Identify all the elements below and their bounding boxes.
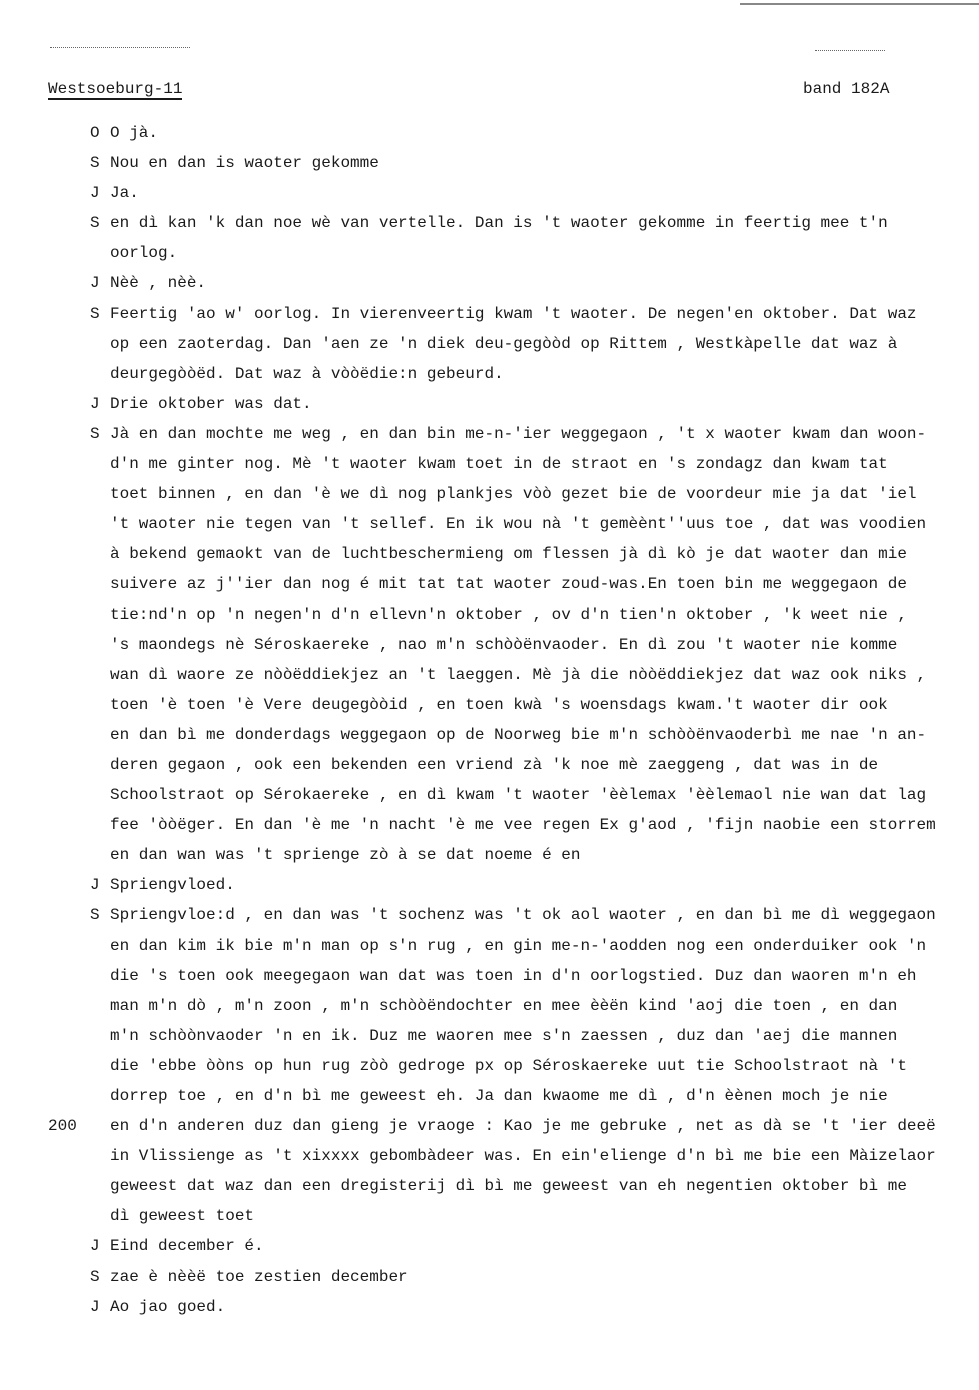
- line-text: in Vlissienge as 't xixxxx gebombàdeer w…: [110, 1147, 936, 1165]
- transcript-continuation-line: Schoolstraot op Sérokaereke , en dì kwam…: [90, 780, 979, 810]
- transcript-continuation-line: tie:nd'n op 'n negen'n d'n ellevn'n okto…: [90, 600, 979, 630]
- line-text: Nèè , nèè.: [110, 274, 206, 292]
- scan-artifact-line: [740, 3, 979, 5]
- transcript-line: SFeertig 'ao w' oorlog. In vierenveertig…: [90, 299, 979, 329]
- transcript-continuation-line: in Vlissienge as 't xixxxx gebombàdeer w…: [90, 1141, 979, 1171]
- transcript-line: SSpriengvloe:d , en dan was 't sochenz w…: [90, 900, 979, 930]
- transcript-continuation-line: deurgegòòëd. Dat waz à vòòëdie:n gebeurd…: [90, 359, 979, 389]
- line-text: Schoolstraot op Sérokaereke , en dì kwam…: [110, 786, 926, 804]
- line-text: Spriengvloed.: [110, 876, 235, 894]
- line-text: toen 'è toen 'è Vere deugegòòid , en toe…: [110, 696, 888, 714]
- line-text: zae è nèèë toe zestien december: [110, 1268, 408, 1286]
- line-text: Spriengvloe:d , en dan was 't sochenz wa…: [110, 906, 936, 924]
- speaker-label: J: [90, 389, 110, 419]
- line-text: m'n schòònvaoder 'n en ik. Duz me waoren…: [110, 1027, 897, 1045]
- line-text: deurgegòòëd. Dat waz à vòòëdie:n gebeurd…: [110, 365, 504, 383]
- speaker-label: S: [90, 208, 110, 238]
- transcript-continuation-line: toen 'è toen 'è Vere deugegòòid , en toe…: [90, 690, 979, 720]
- transcript-line: SJà en dan mochte me weg , en dan bin me…: [90, 419, 979, 449]
- line-text: d'n me ginter nog. Mè 't waoter kwam toe…: [110, 455, 888, 473]
- line-text: 't waoter nie tegen van 't sellef. En ik…: [110, 515, 926, 533]
- transcript-continuation-line: en dan kim ik bie m'n man op s'n rug , e…: [90, 931, 979, 961]
- transcript-continuation-line: fee 'òòëger. En dan 'è me 'n nacht 'è me…: [90, 810, 979, 840]
- transcript-continuation-line: 's maondegs nè Séroskaereke , nao m'n sc…: [90, 630, 979, 660]
- line-text: geweest dat waz dan een dregisterij dì b…: [110, 1177, 907, 1195]
- transcript-continuation-line: 't waoter nie tegen van 't sellef. En ik…: [90, 509, 979, 539]
- scan-artifact-left: [50, 47, 190, 50]
- line-text: fee 'òòëger. En dan 'è me 'n nacht 'è me…: [110, 816, 936, 834]
- transcript-continuation-line: man m'n dò , m'n zoon , m'n schòòëndocht…: [90, 991, 979, 1021]
- speaker-label: S: [90, 419, 110, 449]
- line-text: op een zaoterdag. Dan 'aen ze 'n diek de…: [110, 335, 897, 353]
- document-title: Westsoeburg-11: [48, 80, 182, 100]
- line-text: oorlog.: [110, 244, 177, 262]
- line-text: Jà en dan mochte me weg , en dan bin me-…: [110, 425, 926, 443]
- transcript-continuation-line: en dan wan was 't sprienge zò à se dat n…: [90, 840, 979, 870]
- transcript-continuation-line: d'n me ginter nog. Mè 't waoter kwam toe…: [90, 449, 979, 479]
- speaker-label: S: [90, 1262, 110, 1292]
- line-text: die 's toen ook meegegaon wan dat was to…: [110, 967, 917, 985]
- transcript-line: JAo jao goed.: [90, 1292, 979, 1322]
- transcript-page: Westsoeburg-11 band 182A OO jà.SNou en d…: [0, 0, 979, 1390]
- transcript-continuation-line: geweest dat waz dan een dregisterij dì b…: [90, 1171, 979, 1201]
- line-text: Drie oktober was dat.: [110, 395, 312, 413]
- transcript-continuation-line: deren gegaon , ook een bekenden een vrie…: [90, 750, 979, 780]
- line-text: Feertig 'ao w' oorlog. In vierenveertig …: [110, 305, 917, 323]
- transcript-continuation-line: dorrep toe , en d'n bì me geweest eh. Ja…: [90, 1081, 979, 1111]
- speaker-label: S: [90, 148, 110, 178]
- transcript-continuation-line: op een zaoterdag. Dan 'aen ze 'n diek de…: [90, 329, 979, 359]
- line-text: wan dì waore ze nòòëddiekjez an 't laegg…: [110, 666, 926, 684]
- line-text: dì geweest toet: [110, 1207, 254, 1225]
- line-text: en dì kan 'k dan noe wè van vertelle. Da…: [110, 214, 888, 232]
- transcript-continuation-line: toet binnen , en dan 'è we dì nog plankj…: [90, 479, 979, 509]
- line-text: en dan bì me donderdags weggegaon op de …: [110, 726, 926, 744]
- transcript-continuation-line: en dan bì me donderdags weggegaon op de …: [90, 720, 979, 750]
- line-text: tie:nd'n op 'n negen'n d'n ellevn'n okto…: [110, 606, 907, 624]
- line-text: die 'ebbe òòns op hun rug zòò gedroge px…: [110, 1057, 907, 1075]
- transcript-line: JDrie oktober was dat.: [90, 389, 979, 419]
- line-text: en d'n anderen duz dan gieng je vraoge :…: [110, 1117, 936, 1135]
- transcript-body: OO jà.SNou en dan is waoter gekommeJJa.S…: [90, 118, 979, 1322]
- speaker-label: J: [90, 1292, 110, 1322]
- transcript-continuation-line: die 'ebbe òòns op hun rug zòò gedroge px…: [90, 1051, 979, 1081]
- transcript-continuation-line: à bekend gemaokt van de luchtbeschermien…: [90, 539, 979, 569]
- line-text: suivere az j''ier dan nog é mit tat tat …: [110, 575, 907, 593]
- transcript-continuation-line: dì geweest toet: [90, 1201, 979, 1231]
- line-text: Ao jao goed.: [110, 1298, 225, 1316]
- transcript-line: Szae è nèèë toe zestien december: [90, 1262, 979, 1292]
- line-text: Ja.: [110, 184, 139, 202]
- transcript-line: JSpriengvloed.: [90, 870, 979, 900]
- transcript-continuation-line: suivere az j''ier dan nog é mit tat tat …: [90, 569, 979, 599]
- transcript-line: JJa.: [90, 178, 979, 208]
- speaker-label: J: [90, 178, 110, 208]
- speaker-label: J: [90, 268, 110, 298]
- line-text: Nou en dan is waoter gekomme: [110, 154, 379, 172]
- line-text: O jà.: [110, 124, 158, 142]
- transcript-continuation-line: die 's toen ook meegegaon wan dat was to…: [90, 961, 979, 991]
- line-text: deren gegaon , ook een bekenden een vrie…: [110, 756, 878, 774]
- line-text: toet binnen , en dan 'è we dì nog plankj…: [110, 485, 917, 503]
- line-text: Eind december é.: [110, 1237, 264, 1255]
- line-text: 's maondegs nè Séroskaereke , nao m'n sc…: [110, 636, 897, 654]
- transcript-continuation-line: m'n schòònvaoder 'n en ik. Duz me waoren…: [90, 1021, 979, 1051]
- margin-line-number: 200: [48, 1111, 77, 1141]
- transcript-continuation-line: oorlog.: [90, 238, 979, 268]
- speaker-label: J: [90, 870, 110, 900]
- line-text: à bekend gemaokt van de luchtbeschermien…: [110, 545, 907, 563]
- line-text: man m'n dò , m'n zoon , m'n schòòëndocht…: [110, 997, 897, 1015]
- line-text: en dan wan was 't sprienge zò à se dat n…: [110, 846, 580, 864]
- band-label: band 182A: [803, 80, 889, 98]
- transcript-line: JNèè , nèè.: [90, 268, 979, 298]
- transcript-continuation-line: 200en d'n anderen duz dan gieng je vraog…: [90, 1111, 979, 1141]
- speaker-label: S: [90, 299, 110, 329]
- speaker-label: J: [90, 1231, 110, 1261]
- transcript-line: JEind december é.: [90, 1231, 979, 1261]
- transcript-line: SNou en dan is waoter gekomme: [90, 148, 979, 178]
- scan-artifact-right: [815, 50, 885, 52]
- speaker-label: O: [90, 118, 110, 148]
- line-text: en dan kim ik bie m'n man op s'n rug , e…: [110, 937, 926, 955]
- transcript-line: Sen dì kan 'k dan noe wè van vertelle. D…: [90, 208, 979, 238]
- transcript-continuation-line: wan dì waore ze nòòëddiekjez an 't laegg…: [90, 660, 979, 690]
- transcript-line: OO jà.: [90, 118, 979, 148]
- speaker-label: S: [90, 900, 110, 930]
- line-text: dorrep toe , en d'n bì me geweest eh. Ja…: [110, 1087, 888, 1105]
